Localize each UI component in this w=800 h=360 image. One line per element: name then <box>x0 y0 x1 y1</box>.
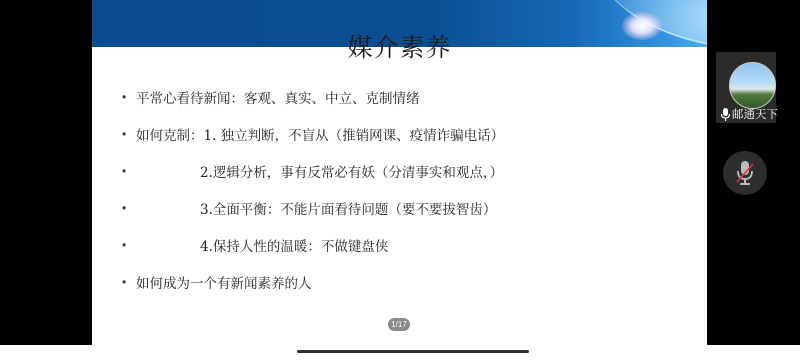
bullet-item: • 平常心看待新闻：客观、真实、中立、克制情绪 <box>122 78 692 115</box>
bullet-item: • 4.保持人性的温暖：不做键盘侠 <box>122 226 692 263</box>
bullet-text: 平常心看待新闻：客观、真实、中立、克制情绪 <box>136 87 420 107</box>
avatar <box>729 62 776 109</box>
page-indicator: 1/17 <box>388 318 410 331</box>
slide-title: 媒介素养 <box>92 28 707 64</box>
presentation-slide[interactable]: 媒介素养 • 平常心看待新闻：客观、真实、中立、克制情绪 • 如何克制：1. 独… <box>92 0 707 345</box>
bullet-item: • 如何克制：1. 独立判断，不盲从（推销网课、疫情诈骗电话） <box>122 115 692 152</box>
bullet-dot: • <box>122 238 136 252</box>
bullet-item: • 3.全面平衡：不能片面看待问题（要不要拔智齿） <box>122 189 692 226</box>
letterbox-left <box>0 0 92 345</box>
bullet-list: • 平常心看待新闻：客观、真实、中立、克制情绪 • 如何克制：1. 独立判断，不… <box>122 78 692 300</box>
home-indicator[interactable] <box>297 350 529 353</box>
bullet-dot: • <box>122 201 136 215</box>
bullet-dot: • <box>122 275 136 289</box>
bullet-text: 2.逻辑分析，事有反常必有妖（分清事实和观点，） <box>136 161 503 181</box>
microphone-icon <box>720 108 731 121</box>
participant-name: 邮通天下 <box>732 106 778 122</box>
bullet-text: 如何克制：1. 独立判断，不盲从（推销网课、疫情诈骗电话） <box>136 124 504 144</box>
bullet-dot: • <box>122 127 136 141</box>
microphone-muted-icon <box>735 160 755 186</box>
bullet-item: • 2.逻辑分析，事有反常必有妖（分清事实和观点，） <box>122 152 692 189</box>
bullet-text: 3.全面平衡：不能片面看待问题（要不要拔智齿） <box>136 198 496 218</box>
bullet-item: • 如何成为一个有新闻素养的人 <box>122 263 692 300</box>
participant-tile[interactable]: 邮通天下 <box>716 52 776 123</box>
participant-label: 邮通天下 <box>720 106 778 122</box>
bullet-dot: • <box>122 90 136 104</box>
bullet-text: 4.保持人性的温暖：不做键盘侠 <box>136 235 388 255</box>
mute-button[interactable] <box>723 151 767 195</box>
bullet-text: 如何成为一个有新闻素养的人 <box>136 272 312 292</box>
bullet-dot: • <box>122 164 136 178</box>
